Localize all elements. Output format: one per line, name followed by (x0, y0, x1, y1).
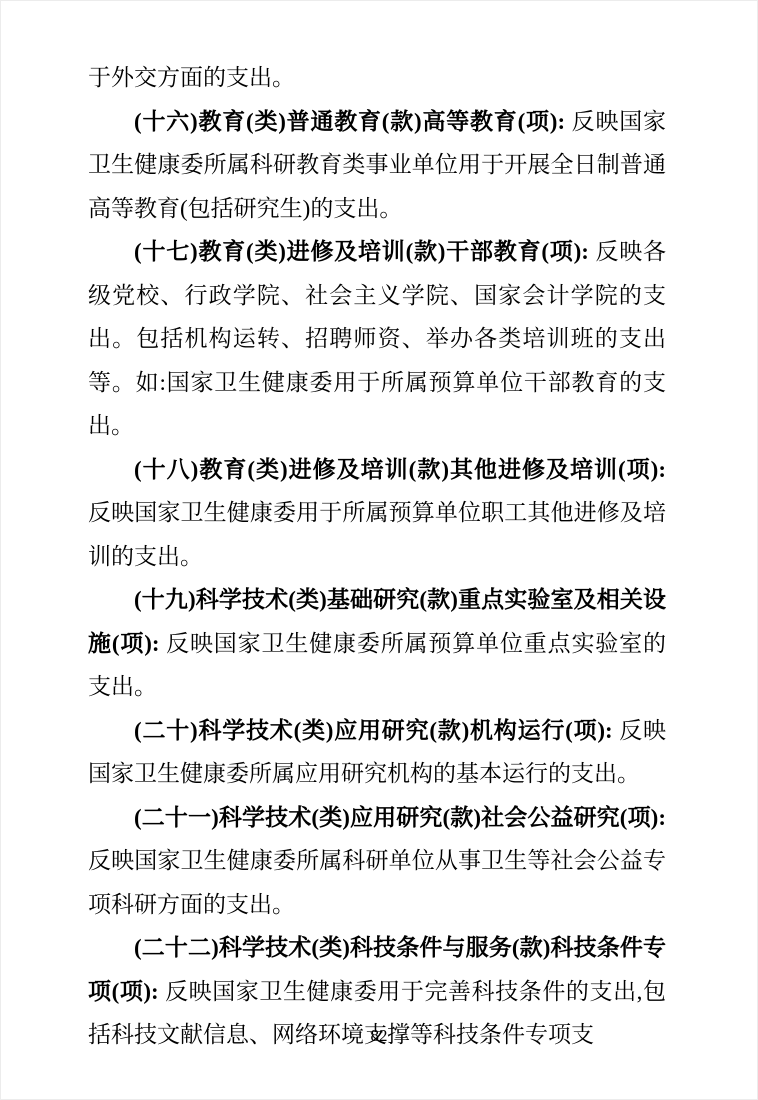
page-footer: 82 (0, 1026, 758, 1046)
page-number: 82 (371, 1026, 388, 1045)
paragraph-text: 反映国家卫生健康委所属科研单位从事卫生等社会公益专项科研方面的支出。 (88, 848, 666, 917)
paragraph-item-16: (十六)教育(类)普通教育(款)高等教育(项): 反映国家卫生健康委所属科研教育… (88, 100, 666, 231)
paragraph-heading: (十七)教育(类)进修及培训(款)干部教育(项): (134, 239, 589, 264)
paragraph-item-18: (十八)教育(类)进修及培训(款)其他进修及培训(项): 反映国家卫生健康委用于… (88, 448, 666, 579)
paragraph-heading: (二十)科学技术(类)应用研究(款)机构运行(项): (134, 718, 613, 743)
paragraph-item-21: (二十一)科学技术(类)应用研究(款)社会公益研究(项): 反映国家卫生健康委所… (88, 796, 666, 927)
paragraph-heading: (十八)教育(类)进修及培训(款)其他进修及培训(项): (134, 457, 666, 482)
document-body: 于外交方面的支出。 (十六)教育(类)普通教育(款)高等教育(项): 反映国家卫… (88, 56, 666, 1057)
paragraph-text: 反映国家卫生健康委所属预算单位重点实验室的支出。 (88, 631, 666, 700)
document-page: 于外交方面的支出。 (十六)教育(类)普通教育(款)高等教育(项): 反映国家卫… (0, 0, 758, 1100)
paragraph-text: 反映国家卫生健康委用于所属预算单位职工其他进修及培训的支出。 (88, 500, 666, 569)
paragraph-text: 反映各级党校、行政学院、社会主义学院、国家会计学院的支出。包括机构运转、招聘师资… (88, 239, 666, 438)
paragraph-heading: (二十一)科学技术(类)应用研究(款)社会公益研究(项): (134, 805, 666, 830)
paragraph-continuation: 于外交方面的支出。 (88, 56, 666, 100)
paragraph-text: 于外交方面的支出。 (88, 65, 295, 90)
paragraph-item-19: (十九)科学技术(类)基础研究(款)重点实验室及相关设施(项): 反映国家卫生健… (88, 578, 666, 709)
paragraph-heading: (十六)教育(类)普通教育(款)高等教育(项): (134, 109, 565, 134)
paragraph-item-20: (二十)科学技术(类)应用研究(款)机构运行(项): 反映国家卫生健康委所属应用… (88, 709, 666, 796)
paragraph-item-17: (十七)教育(类)进修及培训(款)干部教育(项): 反映各级党校、行政学院、社会… (88, 230, 666, 448)
